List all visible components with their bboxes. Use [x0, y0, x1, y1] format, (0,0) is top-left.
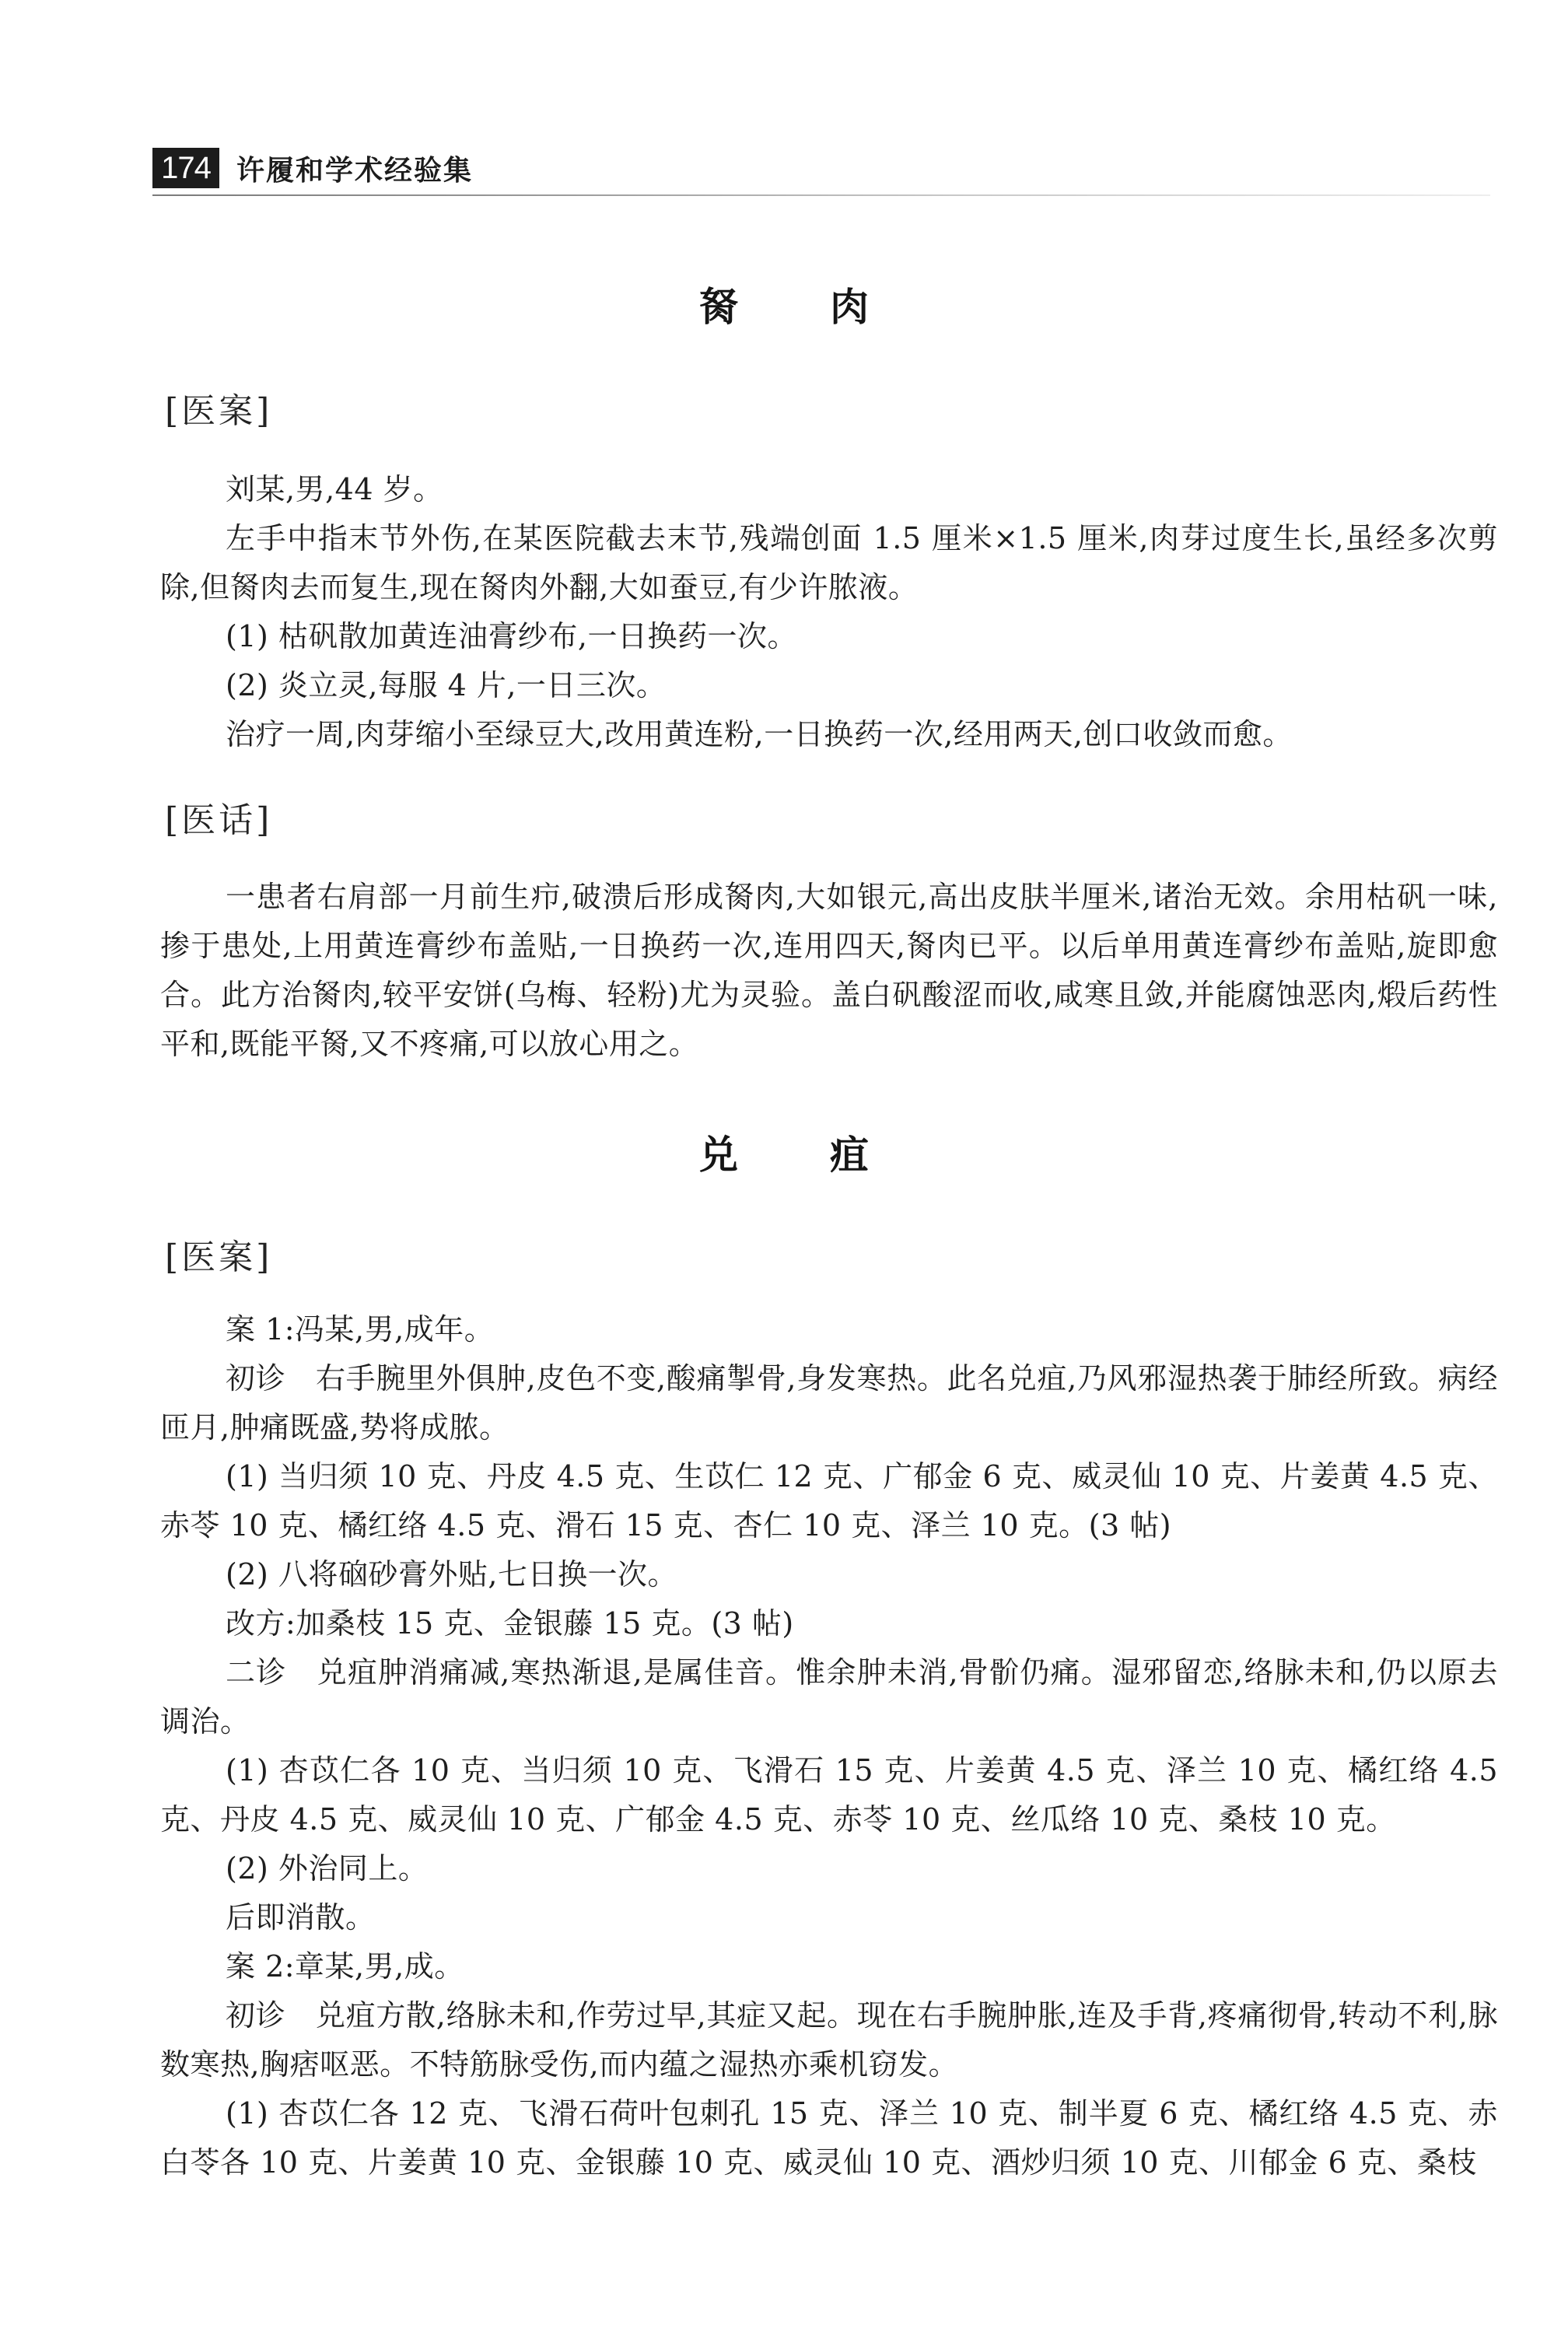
case-2-prescription-1: (1) 杏苡仁各 12 克、飞滑石荷叶包刺孔 15 克、泽兰 10 克、制半夏 …	[160, 2089, 1498, 2187]
section-title-char: 兑	[699, 1124, 738, 1180]
section-title-duiju: 兑疽	[0, 1124, 1568, 1180]
case-1-second-prescription-1: (1) 杏苡仁各 10 克、当归须 10 克、飞滑石 15 克、片姜黄 4.5 …	[160, 1746, 1498, 1844]
case-1-prescription-2: (2) 八将硇砂膏外贴,七日换一次。	[160, 1550, 1498, 1599]
section-title-nurou: 胬肉	[0, 276, 1568, 332]
case-1-patient-info: 案 1:冯某,男,成年。	[160, 1305, 1498, 1354]
case-2-first-visit: 初诊 兑疽方散,络脉未和,作劳过早,其症又起。现在右手腕肿胀,连及手背,疼痛彻骨…	[160, 1991, 1498, 2089]
case-outcome: 治疗一周,肉芽缩小至绿豆大,改用黄连粉,一日换药一次,经用两天,创口收敛而愈。	[160, 710, 1498, 759]
case-prescription-2: (2) 炎立灵,每服 4 片,一日三次。	[160, 661, 1498, 710]
case-1-second-visit: 二诊 兑疽肿消痛减,寒热渐退,是属佳音。惟余肿未消,骨骱仍痛。湿邪留恋,络脉未和…	[160, 1648, 1498, 1746]
case-paragraph: 左手中指末节外伤,在某医院截去末节,残端创面 1.5 厘米×1.5 厘米,肉芽过…	[160, 514, 1498, 612]
case-1-outcome: 后即消散。	[160, 1893, 1498, 1942]
case-1-modified-prescription: 改方:加桑枝 15 克、金银藤 15 克。(3 帖)	[160, 1599, 1498, 1648]
case-heading: [医案]	[165, 1229, 272, 1279]
case-1-first-visit: 初诊 右手腕里外俱肿,皮色不变,酸痛掣骨,身发寒热。此名兑疽,乃风邪湿热袭于肺经…	[160, 1354, 1498, 1452]
header-rule	[152, 194, 1490, 196]
case-heading: [医案]	[165, 383, 272, 432]
page-number: 174	[152, 148, 219, 188]
case-prescription-1: (1) 枯矾散加黄连油膏纱布,一日换药一次。	[160, 612, 1498, 661]
talk-heading: [医话]	[165, 792, 272, 842]
case-2-patient-info: 案 2:章某,男,成。	[160, 1942, 1498, 1991]
case-1-second-prescription-2: (2) 外治同上。	[160, 1844, 1498, 1893]
case-1-prescription-1: (1) 当归须 10 克、丹皮 4.5 克、生苡仁 12 克、广郁金 6 克、威…	[160, 1452, 1498, 1550]
section-title-char: 肉	[830, 276, 869, 332]
running-head: 174 许履和学术经验集	[152, 146, 473, 190]
section-title-char: 疽	[830, 1124, 869, 1180]
book-title: 许履和学术经验集	[236, 149, 473, 188]
talk-paragraph: 一患者右肩部一月前生疖,破溃后形成胬肉,大如银元,高出皮肤半厘米,诸治无效。余用…	[160, 873, 1498, 1069]
case-patient-info: 刘某,男,44 岁。	[160, 465, 1498, 514]
section-title-char: 胬	[699, 276, 738, 332]
